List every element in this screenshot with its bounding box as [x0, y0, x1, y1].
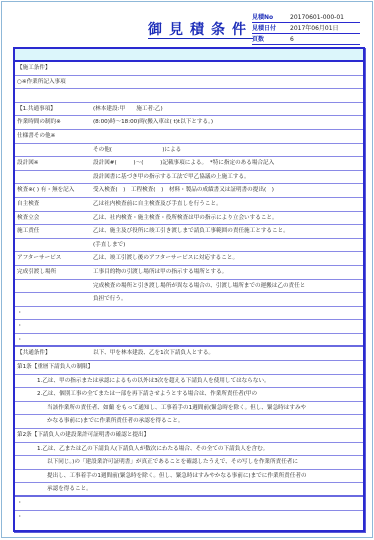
row-text: 受入検査( ) 工程検査( ) 材料・製品の成績書又は証明書の提出( )	[93, 184, 363, 197]
row-text	[15, 89, 17, 102]
table-row: 完成検査の場所と引き渡し場所が異なる場合の、引渡し場所までの運搬は乙の責任と	[15, 280, 363, 294]
row-text: 設計図書に基づき甲の指示する工法で甲乙協議の上施工する。	[93, 171, 363, 184]
row-text: かなる事前に)までに作業所責任者の承認を得ること。	[15, 415, 183, 428]
page-frame: 御見積条件 見積No 20170601-000-01 見積日付 2017年06月…	[1, 1, 373, 538]
row-label: アフターサービス	[15, 252, 93, 265]
meta-label: 見積No	[252, 13, 290, 22]
row-label: 施工責任	[15, 225, 93, 238]
table-row: 完成引渡し場所工事目的物の引渡し場所は甲の指示する場所とする。	[15, 266, 363, 280]
table-row: 承認を得ること。	[15, 483, 363, 497]
row-text: ・	[15, 497, 23, 510]
meta-label: 頁数	[252, 35, 290, 44]
row-text: 仕様書その他※	[15, 130, 55, 143]
table-row: 提出し、工事着手の1週間前(緊急時を除く。但し、緊急時はすみやかなる事前に)まで…	[15, 470, 363, 484]
table-row: ・	[15, 320, 363, 334]
estimate-meta: 見積No 20170601-000-01 見積日付 2017年06月01日 頁数…	[252, 13, 360, 46]
table-row: 施工責任乙は、施主及び役所に竣工引き渡しまで請負工事範囲の責任施工とすること。	[15, 225, 363, 239]
table-row: ○※作業所記入事項	[15, 76, 363, 90]
table-row: 設計図書に基づき甲の指示する工法で甲乙協議の上施工する。	[15, 171, 363, 185]
row-label	[15, 171, 93, 184]
row-text: 1.乙は、乙または乙の下請負人(下請負人が数次にわたる場合、その全ての下請負人を…	[15, 443, 268, 456]
meta-value: 6	[290, 35, 360, 44]
meta-label: 見積日付	[252, 24, 290, 33]
row-label: 検査立会	[15, 212, 93, 225]
row-text: 承認を得ること。	[15, 483, 92, 495]
table-row: 1.乙は、乙または乙の下請負人(下請負人が数次にわたる場合、その全ての下請負人を…	[15, 443, 363, 457]
table-header-band	[15, 49, 363, 62]
table-row: かなる事前に)までに作業所責任者の承認を得ること。	[15, 415, 363, 429]
row-text: ・	[15, 307, 23, 320]
table-row	[15, 89, 363, 103]
row-text: 第1条【重層下請負人の制限】	[15, 361, 93, 374]
meta-value: 20170601-000-01	[290, 13, 360, 22]
table-row: 【施工条件】	[15, 62, 363, 76]
row-label	[15, 144, 93, 157]
row-text: 乙は、社内検査・施主検査・役所検査は甲の指示により立会いすること。	[93, 212, 363, 225]
table-row: 作業時間の制約※(8:00)時〜18:00)時(搬入車は( t)t以下とする。)	[15, 116, 363, 130]
row-text: ○※作業所記入事項	[15, 76, 66, 89]
row-text: (林本建設:甲 施工者:乙)	[93, 103, 363, 116]
table-row: 第2条【下請負人の建設業許可証明書の確認と提出】	[15, 429, 363, 443]
table-row: ・	[15, 334, 363, 348]
row-text: その他( )による	[93, 144, 363, 157]
table-row: (手直しまで)	[15, 239, 363, 253]
row-text: ・	[15, 511, 23, 525]
row-text: 第2条【下請負人の建設業許可証明書の確認と提出】	[15, 429, 149, 442]
meta-value: 2017年06月01日	[290, 24, 360, 33]
conditions-table: 【施工条件】○※作業所記入事項【1.共通事項】(林本建設:甲 施工者:乙)作業時…	[13, 47, 365, 532]
table-rows: 【施工条件】○※作業所記入事項【1.共通事項】(林本建設:甲 施工者:乙)作業時…	[15, 62, 363, 524]
table-row: 第1条【重層下請負人の制限】	[15, 361, 363, 375]
table-row: ・	[15, 497, 363, 511]
row-text: ・	[15, 320, 23, 333]
row-label: 自主検査	[15, 198, 93, 211]
row-label: 【共通条件】	[15, 347, 93, 360]
row-text: 乙は社内検査前に自主検査及び手直しを行うこと。	[93, 198, 363, 211]
table-row: ・	[15, 307, 363, 321]
table-row: ・	[15, 511, 363, 525]
row-text: 完成検査の場所と引き渡し場所が異なる場合の、引渡し場所までの運搬は乙の責任と	[93, 280, 363, 293]
row-text: 当該作業所の責任者、如蘭 をもって通知し、工事着手の1週間前(緊急時を除く。但し…	[15, 402, 306, 415]
table-row: 負担で行う。	[15, 293, 363, 307]
table-row: 【共通条件】以下、甲を林本建設、乙を1次下請負人とする。	[15, 347, 363, 361]
meta-estimate-date: 見積日付 2017年06月01日	[252, 24, 360, 34]
row-text: 負担で行う。	[93, 293, 363, 306]
table-row: 自主検査乙は社内検査前に自主検査及び手直しを行うこと。	[15, 198, 363, 212]
row-label: 作業時間の制約※	[15, 116, 93, 129]
table-row: 検査※( ) 有・無を記入受入検査( ) 工程検査( ) 材料・製品の成績書又は…	[15, 184, 363, 198]
table-row: アフターサービス乙は、竣工引渡し後のアフターサービスに対応すること。	[15, 252, 363, 266]
row-text: ・	[15, 334, 23, 346]
row-text: 【施工条件】	[15, 62, 51, 75]
row-text: 設計図#( )〜( )記載事項による。 *特に指定のある場合記入	[93, 157, 363, 170]
row-text: 以下、甲を林本建設、乙を1次下請負人とする。	[93, 347, 363, 360]
row-label: 【1.共通事項】	[15, 103, 93, 116]
table-row: 【1.共通事項】(林本建設:甲 施工者:乙)	[15, 103, 363, 117]
row-text: 2.乙は、個別工事の全てまたは一部を再下請させようとする場合は、作業所責任者(甲…	[15, 388, 257, 401]
row-text: 乙は、竣工引渡し後のアフターサービスに対応すること。	[93, 252, 363, 265]
table-row: その他( )による	[15, 144, 363, 158]
row-label: 完成引渡し場所	[15, 266, 93, 279]
row-label	[15, 280, 93, 293]
row-label	[15, 239, 93, 252]
meta-page-count: 頁数 6	[252, 35, 360, 45]
row-text: (8:00)時〜18:00)時(搬入車は( t)t以下とする。)	[93, 116, 363, 129]
table-row: 以下同じ。)の「建設業許可証明書」が真正であることを確認したうえで、その写しを作…	[15, 456, 363, 470]
meta-estimate-no: 見積No 20170601-000-01	[252, 13, 360, 23]
page-title: 御見積条件	[148, 22, 253, 39]
row-text: 以下同じ。)の「建設業許可証明書」が真正であることを確認したうえで、その写しを作…	[15, 456, 298, 469]
table-row: 設計図※設計図#( )〜( )記載事項による。 *特に指定のある場合記入	[15, 157, 363, 171]
row-label: 検査※( ) 有・無を記入	[15, 184, 93, 197]
row-label: 設計図※	[15, 157, 93, 170]
table-row: 仕様書その他※	[15, 130, 363, 144]
row-text: 1.乙は、甲の指示または承認によるもの以外は3次を超える下請負人を使用してはなら…	[15, 375, 270, 388]
row-text: 提出し、工事着手の1週間前(緊急時を除く。但し、緊急時はすみやかなる事前に)まで…	[15, 470, 307, 483]
table-row: 2.乙は、個別工事の全てまたは一部を再下請させようとする場合は、作業所責任者(甲…	[15, 388, 363, 402]
row-label	[15, 293, 93, 306]
table-row: 検査立会乙は、社内検査・施主検査・役所検査は甲の指示により立会いすること。	[15, 212, 363, 226]
row-text: 乙は、施主及び役所に竣工引き渡しまで請負工事範囲の責任施工とすること。	[93, 225, 363, 238]
table-row: 当該作業所の責任者、如蘭 をもって通知し、工事着手の1週間前(緊急時を除く。但し…	[15, 402, 363, 416]
row-text: (手直しまで)	[93, 239, 363, 252]
row-text: 工事目的物の引渡し場所は甲の指示する場所とする。	[93, 266, 363, 279]
table-row: 1.乙は、甲の指示または承認によるもの以外は3次を超える下請負人を使用してはなら…	[15, 375, 363, 389]
